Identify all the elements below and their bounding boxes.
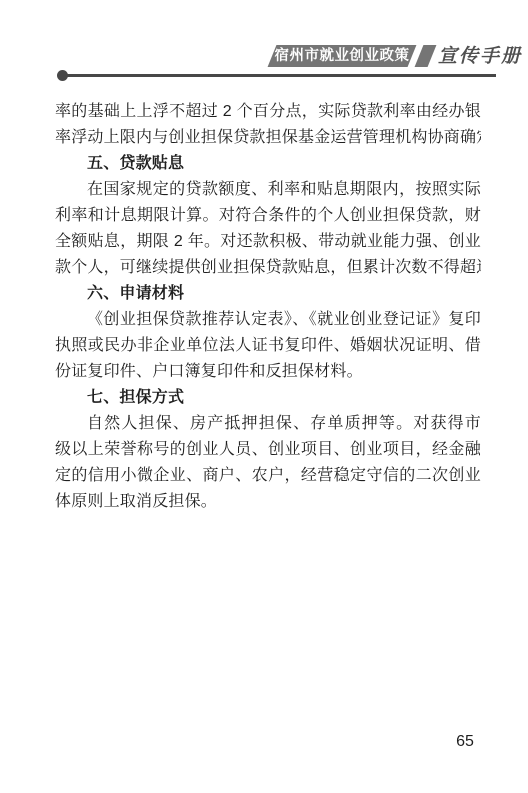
page-header: 宿州市就业创业政策 宣传手册 [0, 0, 528, 90]
paragraph-line: 率浮动上限内与创业担保贷款担保基金运营管理机构协商确定。 [55, 125, 481, 151]
paragraph-line: 款个人，可继续提供创业担保贷款贴息，但累计次数不得超过 3 次。 [55, 255, 481, 281]
paragraph-line: 在国家规定的贷款额度、利率和贴息期限内，按照实际的贷款额度、 [55, 177, 481, 203]
section-heading-5: 五、贷款贴息 [55, 151, 481, 177]
paragraph-line: 率的基础上上浮不超过 2 个百分点，实际贷款利率由经办银行在上述利 [55, 99, 481, 125]
paragraph-line: 份证复印件、户口簿复印件和反担保材料。 [55, 359, 481, 385]
paragraph-line: 《创业担保贷款推荐认定表》、《就业创业登记证》复印件、营业 [55, 307, 481, 333]
page-number: 65 [450, 733, 480, 751]
paragraph-line: 执照或民办非企业单位法人证书复印件、婚姻状况证明、借款人配偶身 [55, 333, 481, 359]
section-heading-7: 七、担保方式 [55, 385, 481, 411]
paragraph-line: 级以上荣誉称号的创业人员、创业项目、创业项目，经金融机构评估认 [55, 437, 481, 463]
paragraph-line: 利率和计息期限计算。对符合条件的个人创业担保贷款，财政部门给予 [55, 203, 481, 229]
section-heading-6: 六、申请材料 [55, 281, 481, 307]
header-badge-title: 宿州市就业创业政策 [272, 45, 412, 67]
header-badge-tail-stripe [415, 45, 437, 67]
header-subtitle: 宣传手册 [438, 44, 522, 68]
paragraph-line: 体原则上取消反担保。 [55, 489, 481, 515]
paragraph-line: 定的信用小微企业、商户、农户，经营稳定守信的二次创业者等特定群 [55, 463, 481, 489]
body-text: 率的基础上上浮不超过 2 个百分点，实际贷款利率由经办银行在上述利 率浮动上限内… [55, 99, 481, 515]
handbook-page: 宿州市就业创业政策 宣传手册 率的基础上上浮不超过 2 个百分点，实际贷款利率由… [0, 0, 528, 793]
header-rule-line [63, 74, 496, 77]
paragraph-line: 全额贴息，期限 2 年。对还款积极、带动就业能力强、创业项目好的借 [55, 229, 481, 255]
paragraph-line: 自然人担保、房产抵押担保、存单质押等。对获得市（设区的市） [55, 411, 481, 437]
